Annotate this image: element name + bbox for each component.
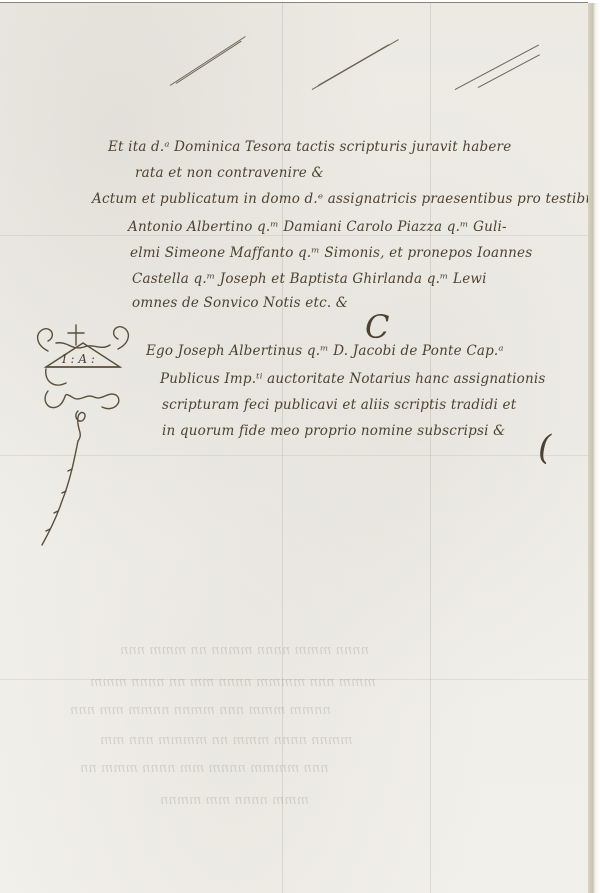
parchment-page: nnnn mmm nnnn mmnn nn mmm nnn mmm nnn mm… [0, 2, 588, 893]
fold-crease-vertical [430, 3, 431, 893]
deed-line: Actum et publicatum in domo d.ᵉ assignat… [92, 191, 600, 207]
fold-crease-horizontal [0, 235, 588, 236]
notary-signum: I : A : [28, 321, 138, 551]
notary-sign-icon: I : A : [28, 321, 138, 551]
deed-line: Antonio Albertino q.ᵐ Damiani Carolo Pia… [128, 219, 507, 235]
closing-flourish: ( [538, 428, 551, 468]
subscription-line: in quorum fide meo proprio nomine subscr… [162, 423, 505, 439]
deed-line: Et ita d.ᵃ Dominica Tesora tactis script… [108, 139, 511, 155]
subscription-line: Publicus Imp.ᵗⁱ auctoritate Notarius han… [160, 371, 546, 387]
notary-initials: I : A : [61, 352, 95, 366]
deed-line: omnes de Sonvico Notis etc. & [132, 295, 348, 311]
fold-crease-vertical [282, 3, 283, 893]
deed-line: rata et non contravenire & [135, 165, 324, 181]
subscription-line: Ego Joseph Albertinus q.ᵐ D. Jacobi de P… [146, 343, 504, 359]
subscription-line: scripturam feci publicavi et aliis scrip… [162, 397, 516, 413]
deed-line: elmi Simeone Maffanto q.ᵐ Simonis, et pr… [130, 245, 532, 261]
paragraph-mark: C [365, 308, 389, 346]
deed-line: Castella q.ᵐ Joseph et Baptista Ghirland… [132, 271, 487, 287]
